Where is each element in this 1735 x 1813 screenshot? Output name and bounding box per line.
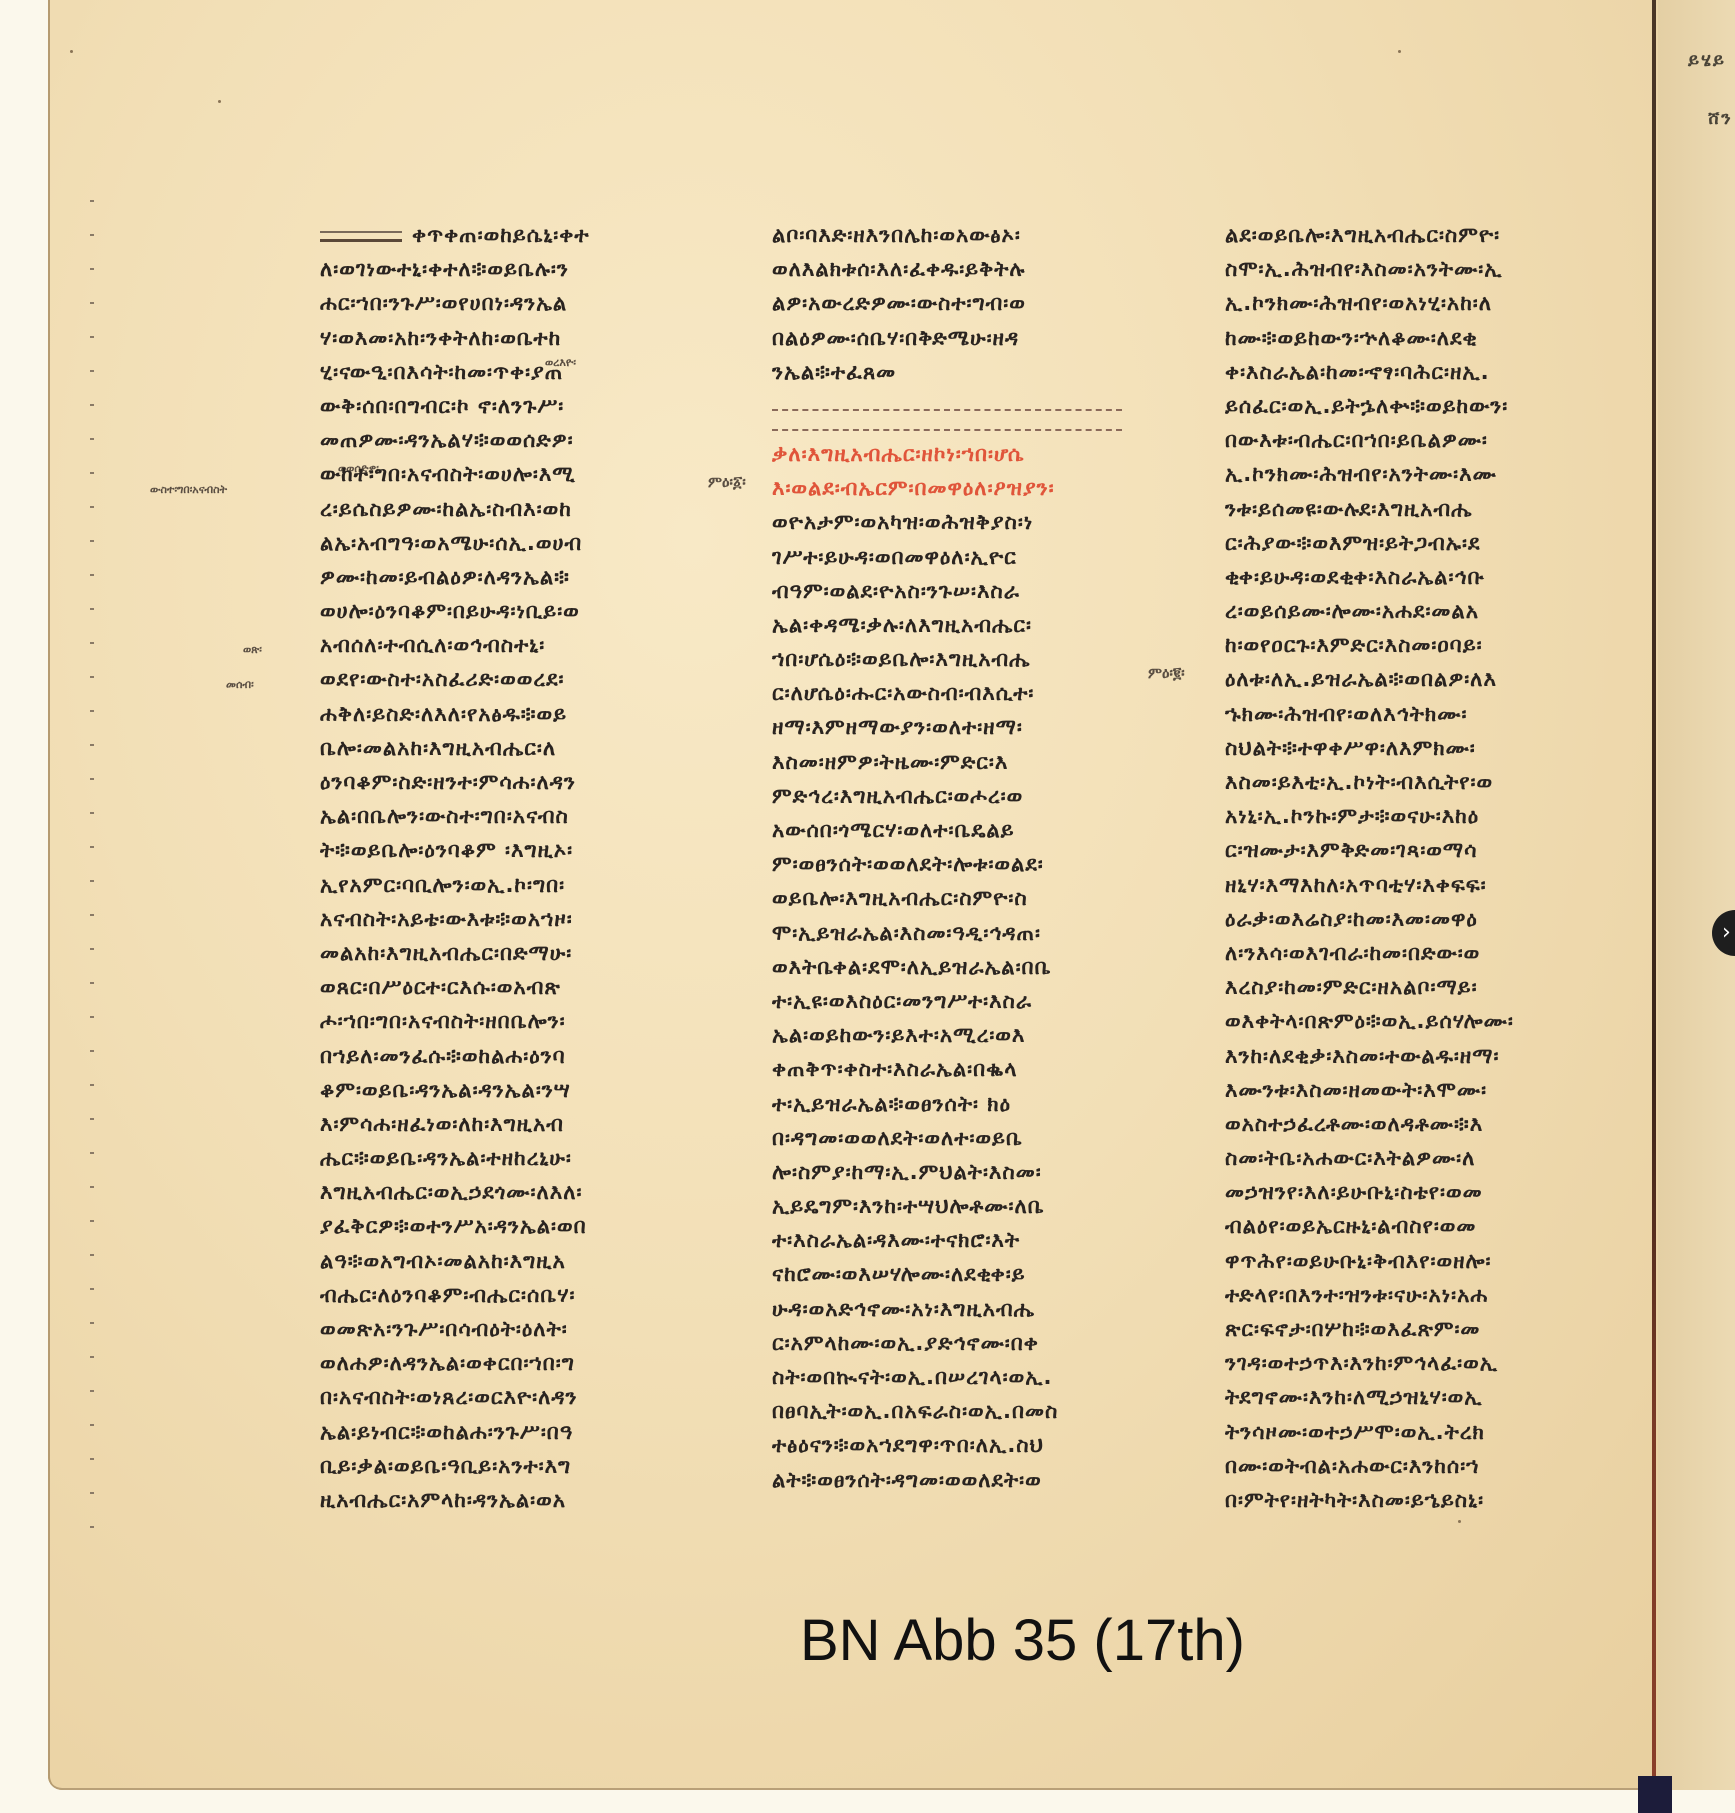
text-line: ልቦ፡ባእድ፡ዘእንበሌከ፡ወአውፅኦ፡: [772, 218, 1162, 252]
text-line: አናብስት፡አይቴ፡ውእቱ፨ወአኀዞ፡: [320, 902, 710, 936]
facing-page-text: ይሄይ: [1688, 50, 1726, 71]
text-line: በፀባኢት፡ወኢ.በአፍራስ፡ወኢ.በመስ: [772, 1394, 1162, 1428]
text-line: ጽር፡ፍኖታ፡በሦከ፨ወእፈጽም፡መ: [1225, 1312, 1615, 1346]
text-line: ዕለቱ፡ለኢ.ይዝራኤል፨ወበልዎ፡ለእ: [1225, 662, 1615, 696]
text-line: ሐር፡ኀበ፡ንጉሥ፡ወየሀበነ፡ዳንኤል: [320, 286, 710, 320]
book-gutter: [1652, 0, 1656, 1780]
text-line: ተ፡ኢዩ፡ወእስዕር፡መንግሥተ፡እስራ: [772, 984, 1162, 1018]
text-line: ንቱ፡ይሰመዩ፡ውሉደ፡እግዚአብሔ: [1225, 492, 1615, 526]
text-line: ኤል፡ቀዳሜ፡ቃሉ፡ለእግዚአብሔር፡: [772, 608, 1162, 642]
text-line: ልዎ፡አውረድዎሙ፡ውስተ፡ግብ፡ወ: [772, 286, 1162, 320]
marginal-note: ወጽ፡: [243, 643, 262, 656]
text-line: እ፡ምሳሐ፡ዘፈነወ፡ለከ፡እግዚአብ: [320, 1107, 710, 1141]
text-line: ሃ፡ወእመ፡አከ፡ንቀትለከ፡ወቤተከ: [320, 321, 710, 355]
text-line: ር፡ሕያው፨ወእምዝ፡ይትጋብኡ፡ደ: [1225, 526, 1615, 560]
text-line: ልኤ፡አብግዓ፡ወአሜሁ፡ሰኢ.ወሀብ: [320, 526, 710, 560]
stain: [218, 100, 221, 103]
text-line: ልት፨ወፀንሰት፡ዳግመ፡ወወለደት፡ወ: [772, 1463, 1162, 1497]
text-line: ብሔር፡ለዕንባቆም፡ብሔር፡ሰቤሃ፡: [320, 1278, 710, 1312]
text-line: ረ፡ወይሰይሙ፡ሎሙ፡አሐደ፡መልአ: [1225, 594, 1615, 628]
text-line: ረ፡ይሴስይዎሙ፡ከልኤ፡ስብእ፡ወከ: [320, 492, 710, 526]
text-line: እስመ፡ይእቲ፡ኢ.ኮነት፡ብእሲትየ፡ወ: [1225, 765, 1615, 799]
text-line: ዎሙ፡ከመ፡ይብልዕዎ፡ለዳንኤል፨: [320, 560, 710, 594]
text-line: ወይቤሎ፡እግዚአብሔር፡ስምዮ፡ስ: [772, 881, 1162, 915]
marginal-note: ውስተ፡ግበ፡አናብስት: [150, 483, 227, 496]
text-line: ዕንባቆም፡ስድ፡ዘንተ፡ምሳሐ፡ለዳን: [320, 765, 710, 799]
text-line: ለ፡ወገነውተኒ፡ቀተለ፨ወይቤሉ፡ን: [320, 252, 710, 286]
text-line: ወአስተኃፈረቶሙ፡ወለዳቶሙ፨እ: [1225, 1107, 1615, 1141]
text-line: በ፡አናብስት፡ወነጸረ፡ወርእዮ፡ለዳን: [320, 1380, 710, 1414]
text-line: ወለሐዎ፡ለዳንኤል፡ወቀርበ፡ኀበ፡ግ: [320, 1346, 710, 1380]
text-line: ኢይዴግም፡እንከ፡ተሣህሎቶሙ፡ለቤ: [772, 1189, 1162, 1223]
text-line: ምድኅረ፡እግዚአብሔር፡ወሖረ፡ወ: [772, 779, 1162, 813]
text-line: እረስያ፡ከመ፡ምድር፡ዘአልቦ፡ማይ፡: [1225, 970, 1615, 1004]
text-line: ስሞ፡ኢ.ሕዝብየ፡እስመ፡አንትሙ፡ኢ: [1225, 252, 1615, 286]
text-column-1: ቀጥቀጠ፡ወከይሴኒ፡ቀተ ለ፡ወገነውተኒ፡ቀተለ፨ወይቤሉ፡ን ሐር፡ኀበ፡…: [320, 218, 710, 1517]
text-line: በልዕዎሙ፡ሰቤሃ፡በቅድሜሁ፡ዘዳ: [772, 321, 1162, 355]
text-line: ልደ፡ወይቤሎ፡እግዚአብሔር፡ስምዮ፡: [1225, 218, 1615, 252]
text-line: ዘማ፡እምዘማውያን፡ወለተ፡ዘማ፡: [772, 710, 1162, 744]
text-line: ተድላየ፡በእንተ፡ዝንቱ፡ናሁ፡አነ፡አሐ: [1225, 1278, 1615, 1312]
section-divider: [772, 417, 1122, 431]
text-column-2: ልቦ፡ባእድ፡ዘእንበሌከ፡ወአውፅኦ፡ ወለእልክቱሰ፡እለ፡ፈቀዱ፡ይቅትሉ…: [772, 218, 1162, 1497]
facing-page: ይሄይ ሸን: [1658, 0, 1735, 1790]
text-line: ኢየአምር፡ባቢሎን፡ወኢ.ኮ፡ግበ፡: [320, 868, 710, 902]
text-line: ንኤል፨ተፈጸመ: [772, 355, 1162, 389]
text-line: ር፡ለሆሴዕ፡ሑር፡አውስብ፡ብእሲተ፡: [772, 676, 1162, 710]
heading-rule: [320, 231, 402, 242]
text-line: ብልዕየ፡ወይኤርዙኒ፡ልብስየ፡ወመ: [1225, 1209, 1615, 1243]
text-column-3: ልደ፡ወይቤሎ፡እግዚአብሔር፡ስምዮ፡ ስሞ፡ኢ.ሕዝብየ፡እስመ፡አንትሙ፡…: [1225, 218, 1615, 1517]
text-line: ኀበ፡ሆሴዕ፨ወይቤሎ፡እግዚአብሔ: [772, 642, 1162, 676]
marginal-note: መሰብ፡: [226, 678, 254, 691]
text-line: በ፡ዳግመ፡ወወለደት፡ወለተ፡ወይቤ: [772, 1121, 1162, 1155]
text-line: በ፡ምትየ፡ዘትካት፡እስመ፡ይኄይስኒ፡: [1225, 1483, 1615, 1517]
text-line: ም፡ወፀንሰት፡ወወለደት፡ሎቱ፡ወልደ፡: [772, 847, 1162, 881]
rubric-line: እ፡ወልደ፡ብኤርም፡በመዋዕለ፡ዖዝያን፡: [772, 471, 1162, 505]
text-line: ይሰፈር፡ወኢ.ይትኌለቍ፨ወይከውን፡: [1225, 389, 1615, 423]
chapter-label: ምዕ፡፪፡: [1148, 667, 1185, 680]
text-line: ቤሎ፡መልአከ፡እግዚአብሔር፡ለ: [320, 731, 710, 765]
text-line: ኢ.ኮንክሙ፡ሕዝብየ፡አንትሙ፡እሙ: [1225, 457, 1615, 491]
text-line: እስመ፡ዘምዎ፡ትዜሙ፡ምድር፡እ: [772, 745, 1162, 779]
rubric-line: ቃለ፡እግዚአብሔር፡ዘኮነ፡ኀበ፡ሆሴ: [772, 437, 1162, 471]
text-line: ስህልት፨ተዋቀሥዋ፡ለእምክሙ፡: [1225, 731, 1615, 765]
manuscript-caption: BN Abb 35 (17th): [800, 1607, 1245, 1674]
text-line: ሞ፡ኢይዝራኤል፡እስመ፡ዓዲ፡ኅዳጠ፡: [772, 916, 1162, 950]
text-line: ወሀሎ፡ዕንባቆም፡በይሁዳ፡ነቢይ፡ወ: [320, 594, 710, 628]
text-line: ቀ፡እስራኤል፡ከመ፡ኆፃ፡ባሕር፡ዘኢ.: [1225, 355, 1615, 389]
text-line: ዘኒሃ፡እማእከለ፡አጥባቲሃ፡እቀፍፍ፡: [1225, 868, 1615, 902]
text-line: ወዮአታም፡ወአካዝ፡ወሕዝቅያስ፡ነ: [772, 505, 1162, 539]
bookmark-ribbon: [1638, 1776, 1672, 1813]
text-line: ር፡አምላከሙ፡ወኢ.ያድኅኖሙ፡በቀ: [772, 1326, 1162, 1360]
text-line: ውቅ፡ሰበ፡በግብር፡ኮ ኖ፡ለንጉሥ፡: [320, 389, 710, 423]
text-line: ንገዳ፡ወተኃጥእ፡እንከ፡ምኅላፈ፡ወኢ: [1225, 1346, 1615, 1380]
text-line: ትንሳዞሙ፡ወተኃሥሞ፡ወኢ.ትረክ: [1225, 1415, 1615, 1449]
text-line: ት፨ወይቤሎ፡ዕንባቆም ፡እግዚኦ፡: [320, 833, 710, 867]
chevron-right-icon: ›: [1722, 920, 1731, 945]
text-line: ብዓም፡ወልደ፡ዮአስ፡ንጉሠ፡እስራ: [772, 574, 1162, 608]
text-line: አነኒ፡ኢ.ኮንኩ፡ምታ፨ወናሁ፡እከዕ: [1225, 799, 1615, 833]
text-line: በኀይለ፡መንፈሱ፨ወከልሐ፡ዕንባ: [320, 1039, 710, 1073]
text-line: ለ፡ንእሳ፡ወእገብራ፡ከመ፡በድው፡ወ: [1225, 936, 1615, 970]
section-divider: [772, 397, 1122, 411]
text-line: ወለእልክቱሰ፡እለ፡ፈቀዱ፡ይቅትሉ: [772, 252, 1162, 286]
text-line: እሙንቱ፡እስመ፡ዘመውት፡እሞሙ፡: [1225, 1073, 1615, 1107]
text-line: ኢ.ኮንክሙ፡ሕዝብየ፡ወአነሂ፡አከ፡ለ: [1225, 286, 1615, 320]
text-line: ቂቀ፡ይሁዳ፡ወደቂቀ፡እስራኤል፡ኅቡ: [1225, 560, 1615, 594]
text-line: ሂ፡ናውዒ፡በእሳት፡ከመ፡ጥቀ፡ያጠ: [320, 355, 710, 389]
text-line: ሔር፨ወይቤ፡ዳንኤል፡ተዘከረኒሁ፡: [320, 1141, 710, 1175]
text-line: መጠዎሙ፡ዳንኤልሃ፨ወወሰድዎ፡: [320, 423, 710, 457]
text-line: ትደግኖሙ፡እንከ፡ለሚኃዝኒሃ፡ወኢ: [1225, 1380, 1615, 1414]
text-line: ዚአብሔር፡አምላከ፡ዳንኤል፡ወአ: [320, 1483, 710, 1517]
text-line: ኤል፡በቤሎን፡ውስተ፡ግበ፡አናብስ: [320, 799, 710, 833]
text-line: ኁክሙ፡ሕዝብየ፡ወለእኅትክሙ፡: [1225, 697, 1615, 731]
text-line: ሖ፡ኀበ፡ግበ፡አናብስት፡ዘበቤሎን፡: [320, 1004, 710, 1038]
text-line: ልዓ፨ወአግብኦ፡መልአከ፡እግዚአ: [320, 1244, 710, 1278]
text-line: መልአከ፡እግዚአብሔር፡በድማሁ፡: [320, 936, 710, 970]
text-line: ስት፡ወበኲናት፡ወኢ.በሠረገላ፡ወኢ.: [772, 1360, 1162, 1394]
text-line: ከ፡ወየዐርጉ፡እምድር፡እስመ፡ዐባይ፡: [1225, 628, 1615, 662]
text-line: ሎ፡ስምያ፡ከማ፡ኢ.ምህልት፡እስመ፡: [772, 1155, 1162, 1189]
text-line: ቆም፡ወይቤ፡ዳንኤል፡ዳንኤል፡ንሣ: [320, 1073, 710, 1107]
stain: [1458, 1520, 1461, 1523]
text-line: ር፡ዝሙታ፡እምቅድመ፡ገጻ፡ወማሳ: [1225, 833, 1615, 867]
text-line: ቀጥቀጠ፡ወከይሴኒ፡ቀተ: [320, 218, 710, 252]
text-line: ኤል፡ይነብር፨ወከልሐ፡ንጉሥ፡በዓ: [320, 1415, 710, 1449]
text-line: ወጸር፡በሥዕርተ፡ርእሱ፡ወአብጽ: [320, 970, 710, 1004]
text-line: በውእቱ፡ብሔር፡በኀበ፡ይቤልዎሙ፡: [1225, 423, 1615, 457]
text-line: ከሙ፨ወይከውን፡ኍለቆሙ፡ለደቂ: [1225, 321, 1615, 355]
stain: [70, 50, 73, 53]
text-line: ገሥተ፡ይሁዳ፡ወበመዋዕለ፡ኢዮር: [772, 540, 1162, 574]
facing-page-text: ሸን: [1708, 108, 1733, 129]
text-line: ኤል፡ወይከውን፡ይእተ፡አሚረ፡ወእ: [772, 1018, 1162, 1052]
text-line: አብሰለ፡ተብሲለ፡ወኅብስተኒ፡: [320, 628, 710, 662]
text-line: ቢይ፡ቃል፡ወይቤ፡ዓቢይ፡አንተ፡እግ: [320, 1449, 710, 1483]
text-line: ተፅዕናን፨ወአኀደግዋ፡ጥበ፡ለኢ.ስህ: [772, 1428, 1162, 1462]
chapter-label: ምዕ፡፩፡: [708, 476, 746, 489]
text-line: ተ፡ኢይዝራኤል፨ወፀንሰት፡ ክዕ: [772, 1087, 1162, 1121]
text-line: አውሰበ፡ጎሜርሃ፡ወለተ፡ቤዴልይ: [772, 813, 1162, 847]
text-line: በሙ፡ወትብል፡አሐውር፡እንከሰ፡ኀ: [1225, 1449, 1615, 1483]
text-line: እግዚአብሔር፡ወኢኃደጎሙ፡ለእለ፡: [320, 1175, 710, 1209]
text-line: ወእትቤቀል፡ደሞ፡ለኢይዝራኤል፡በቤ: [772, 950, 1162, 984]
text-line: ወእቀትላ፡በጽምዕ፨ወኢ.ይሰሃሎሙ፡: [1225, 1004, 1615, 1038]
text-line: ተ፡እስራኤል፡ዳእሙ፡ተናክሮ፡እት: [772, 1223, 1162, 1257]
stain: [1398, 50, 1401, 53]
text-line: ዕራቃ፡ወእሬስያ፡ከመ፡እመ፡መዋዕ: [1225, 902, 1615, 936]
text-line: ወመጽአ፡ንጉሥ፡በሳብዕት፡ዕለት፡: [320, 1312, 710, 1346]
text-line: ሁዳ፡ወአድኅኖሙ፡አነ፡እግዚአብሔ: [772, 1292, 1162, 1326]
text-line: ስመ፡ትቤ፡አሐውር፡እትልዎሙ፡ለ: [1225, 1141, 1615, 1175]
text-line: ወደየ፡ውስተ፡አስፈሪድ፡ወወረደ፡: [320, 662, 710, 696]
pricking-marks: [90, 200, 100, 1560]
text-line: ሐቅለ፡ይስድ፡ለእለ፡የአፅዱ፨ወይ: [320, 697, 710, 731]
text-line: ቀጠቅጥ፡ቀስተ፡እስራኤል፡በቈላ: [772, 1052, 1162, 1086]
text-line: ውከተ፡ግበ፡አናብስት፡ወሀሎ፡እሚ: [320, 457, 710, 491]
text-line: ዋጥሕየ፡ወይሁቡኒ፡ቅብእየ፡ወዘሎ፡: [1225, 1244, 1615, 1278]
text-line: እንከ፡ለደቂቃ፡እስመ፡ተውልዱ፡ዘማ፡: [1225, 1039, 1615, 1073]
text-line: ያፈቅርዎ፨ወተንሥአ፡ዳንኤል፡ወበ: [320, 1209, 710, 1243]
text-line: ናከሮሙ፡ወእሠሃሎሙ፡ለደቂቀ፡ይ: [772, 1257, 1162, 1291]
text-line: መኃዝንየ፡እለ፡ይሁቡኒ፡ስቴየ፡ወመ: [1225, 1175, 1615, 1209]
